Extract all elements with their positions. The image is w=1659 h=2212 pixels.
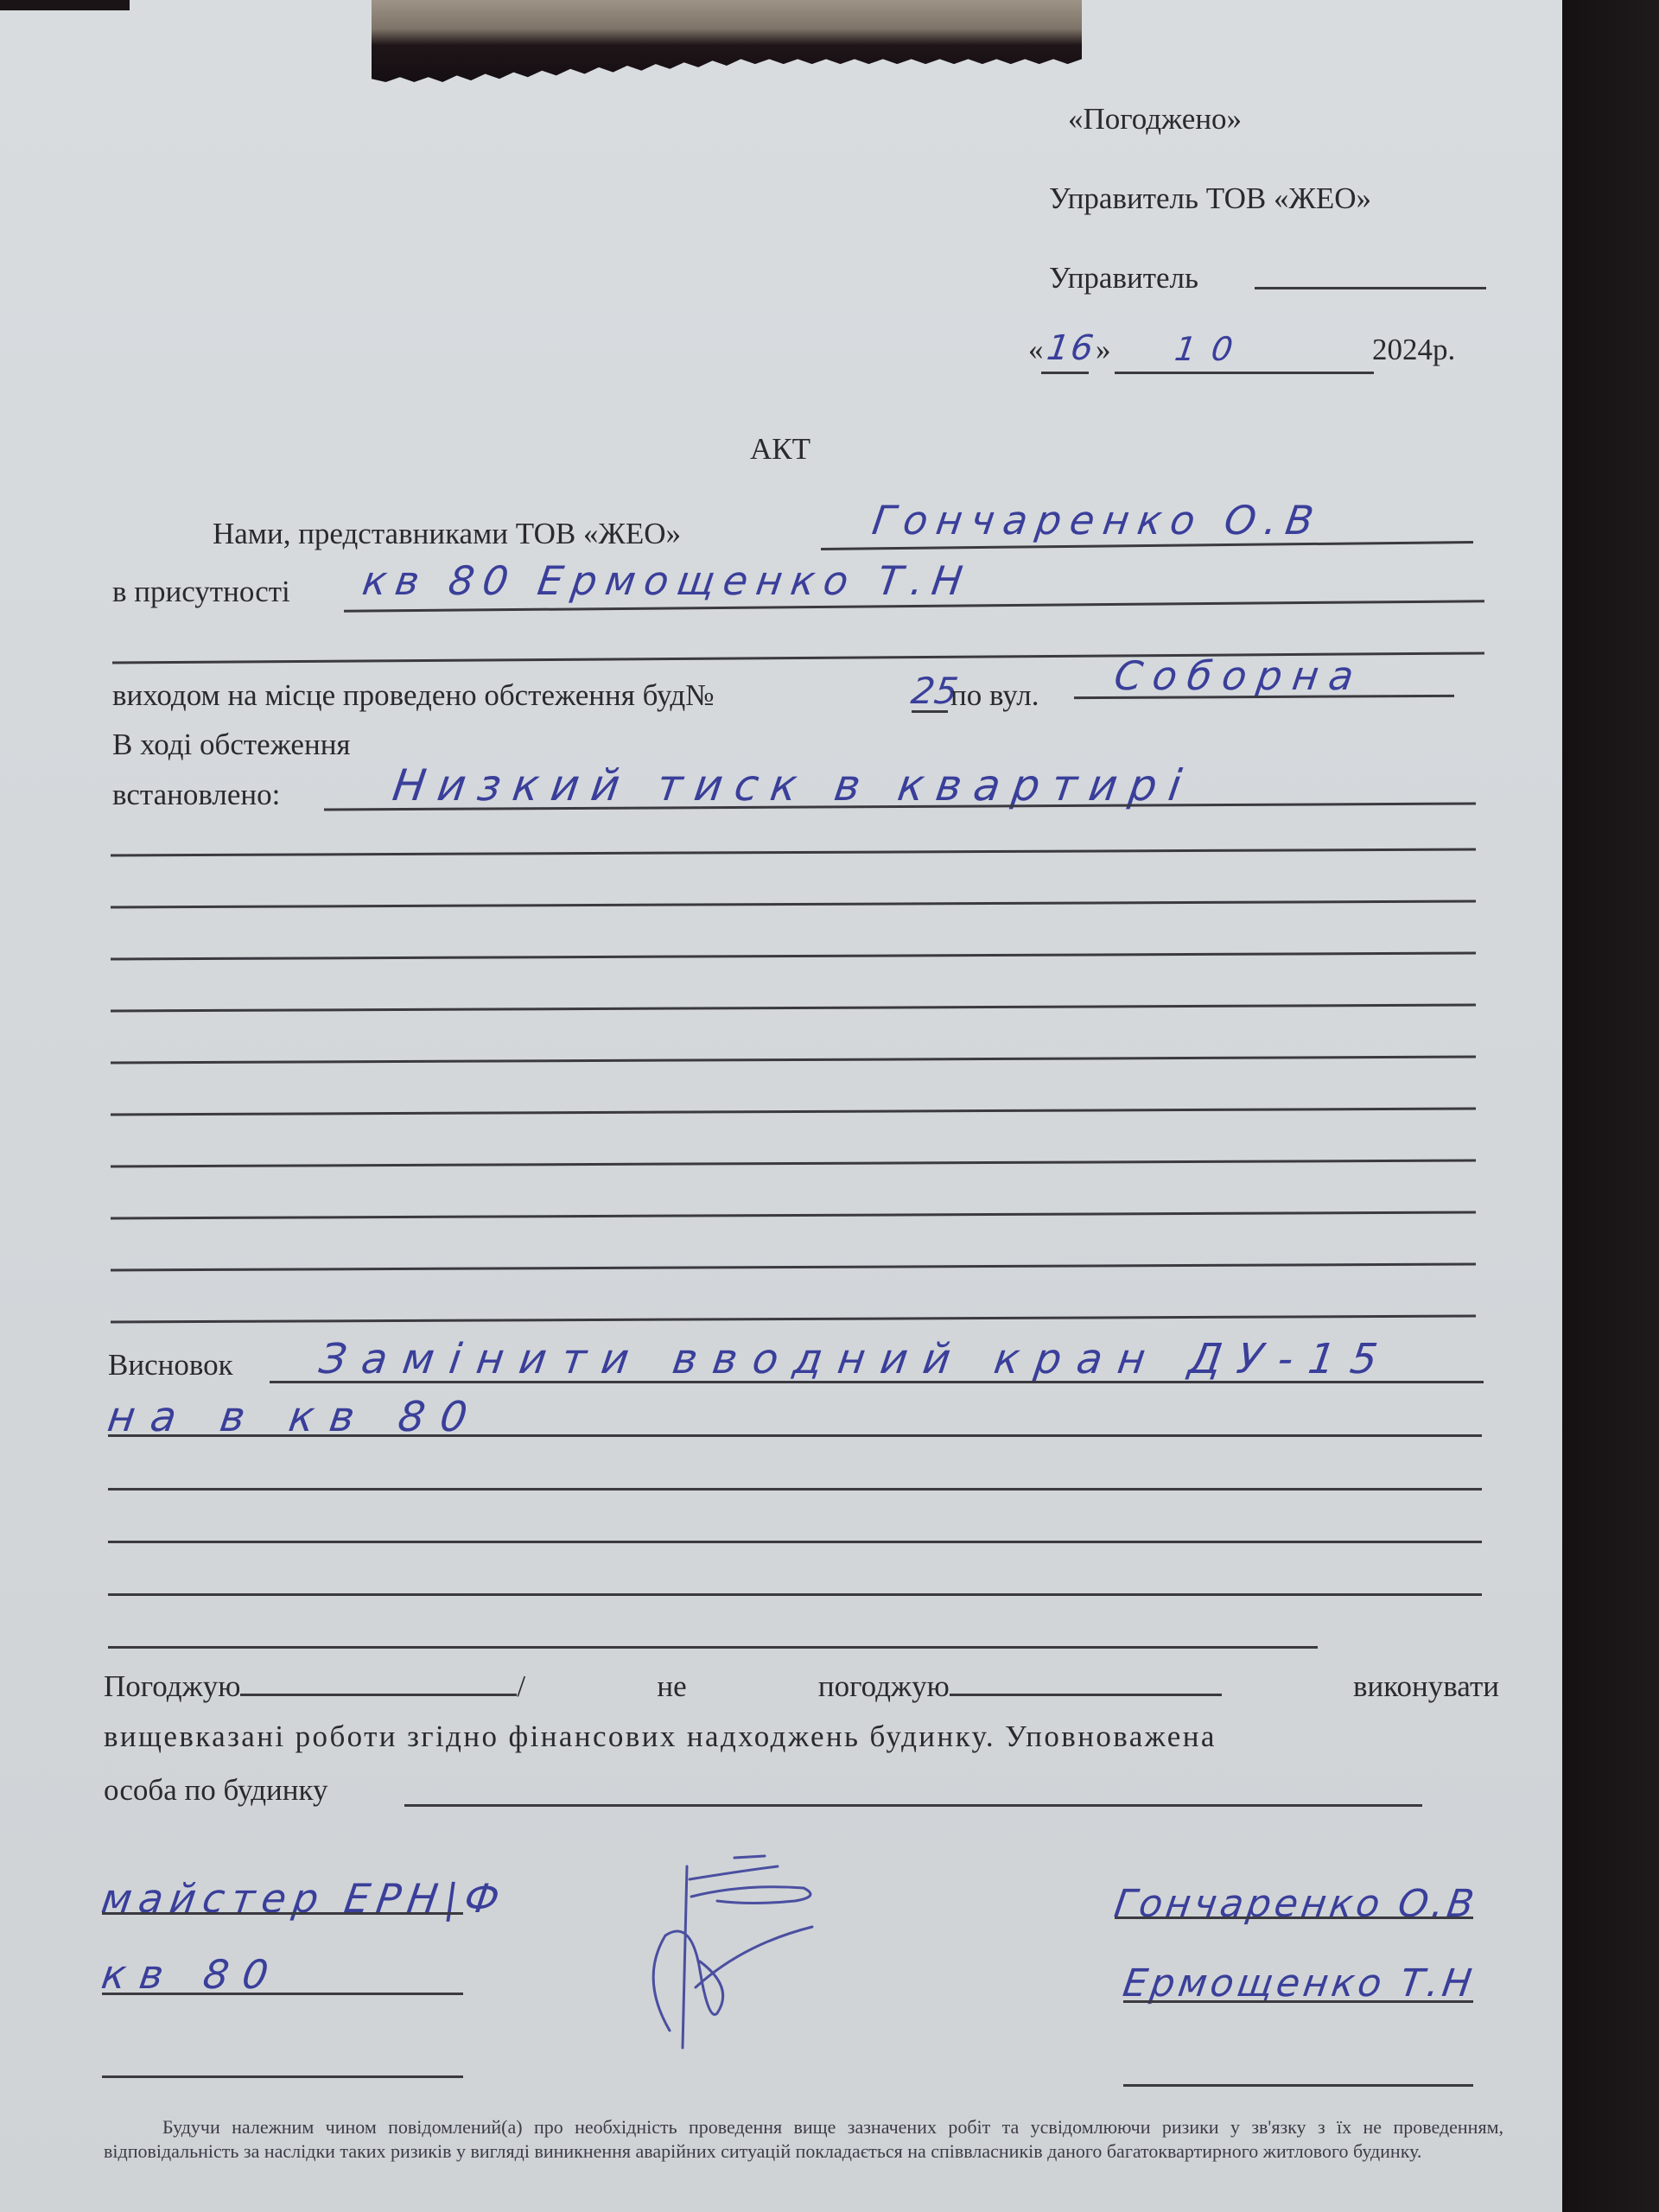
disagree-label: погоджую — [818, 1669, 950, 1703]
ruled-line — [108, 1593, 1482, 1596]
signature-left-line-1[interactable] — [102, 1912, 463, 1915]
date-day-line — [1041, 372, 1089, 374]
conclusion-field-1[interactable]: Замінити вводний кран ДУ-15 — [316, 1335, 1395, 1383]
date-open-quote: « — [1028, 333, 1044, 367]
signature-right-line-1[interactable] — [1115, 1916, 1473, 1919]
agree-slash: / — [517, 1669, 525, 1703]
manager-org-label: Управитель ТОВ «ЖЕО» — [1049, 181, 1371, 216]
authorized-person-line[interactable] — [404, 1804, 1422, 1807]
street-field[interactable]: Соборна — [1111, 652, 1367, 699]
agree-label: Погоджую — [104, 1669, 240, 1703]
perform-label: виконувати — [1353, 1669, 1499, 1704]
disagree-signature-line[interactable] — [950, 1666, 1222, 1696]
agreement-row: Погоджую/ не погоджую виконувати — [104, 1666, 1499, 1704]
clipboard-edge — [1562, 0, 1659, 2212]
conclusion-line-last — [108, 1646, 1318, 1649]
date-year: 2024р. — [1372, 333, 1455, 367]
manager-label: Управитель — [1049, 261, 1198, 296]
agree-signature-line[interactable] — [240, 1666, 517, 1696]
presence-label: в присутності — [112, 575, 290, 609]
conclusion-line-1 — [270, 1381, 1484, 1383]
date-month-line — [1115, 372, 1374, 374]
reps-field[interactable]: Гончаренко О.В — [869, 497, 1325, 543]
agreement-text-row: вищевказані роботи згідно фінансових над… — [104, 1719, 1499, 1754]
date-day-field[interactable]: 16 — [1045, 328, 1097, 368]
street-label: по вул. — [950, 678, 1039, 713]
disclaimer-text: Будучи належним чином повідомлений(а) пр… — [104, 2115, 1503, 2164]
signature-left-line-3[interactable] — [102, 2075, 463, 2078]
approved-label: «Погоджено» — [1068, 102, 1242, 137]
agreement-text: вищевказані роботи згідно фінансових над… — [104, 1719, 1217, 1754]
presence-field[interactable]: кв 80 Ермощенко Т.Н — [359, 557, 974, 604]
findings-field[interactable]: Низкий тиск в квартирі — [390, 760, 1197, 810]
signature-left-line-2[interactable] — [102, 1993, 463, 1995]
findings-label-2: встановлено: — [112, 778, 280, 812]
ruled-line — [108, 1541, 1482, 1543]
findings-label-1: В ході обстеження — [112, 728, 351, 762]
not-label: не — [657, 1669, 686, 1704]
date-close-quote: » — [1096, 333, 1111, 367]
page-title: АКТ — [750, 432, 810, 467]
signature-right-line-3[interactable] — [1123, 2084, 1473, 2087]
signature-right-1: Гончаренко О.В — [1111, 1882, 1479, 1926]
conclusion-line-2 — [108, 1434, 1482, 1437]
building-number-line — [912, 710, 948, 713]
date-month-field[interactable]: 10 — [1173, 330, 1251, 368]
clipboard-clip-left — [0, 0, 130, 10]
authorized-person-label: особа по будинку — [104, 1773, 328, 1808]
conclusion-label: Висновок — [108, 1348, 233, 1382]
visit-label: виходом на місце проведено обстеження бу… — [112, 678, 715, 713]
ruled-line — [108, 1488, 1482, 1491]
signature-right-2: Ермощенко Т.Н — [1120, 1961, 1478, 2005]
signature-right-line-2[interactable] — [1123, 2000, 1473, 2003]
manager-signature-line[interactable] — [1255, 287, 1486, 289]
reps-label: Нами, представниками ТОВ «ЖЕО» — [213, 517, 681, 551]
signature-left-2: кв 80 — [99, 1951, 285, 1998]
